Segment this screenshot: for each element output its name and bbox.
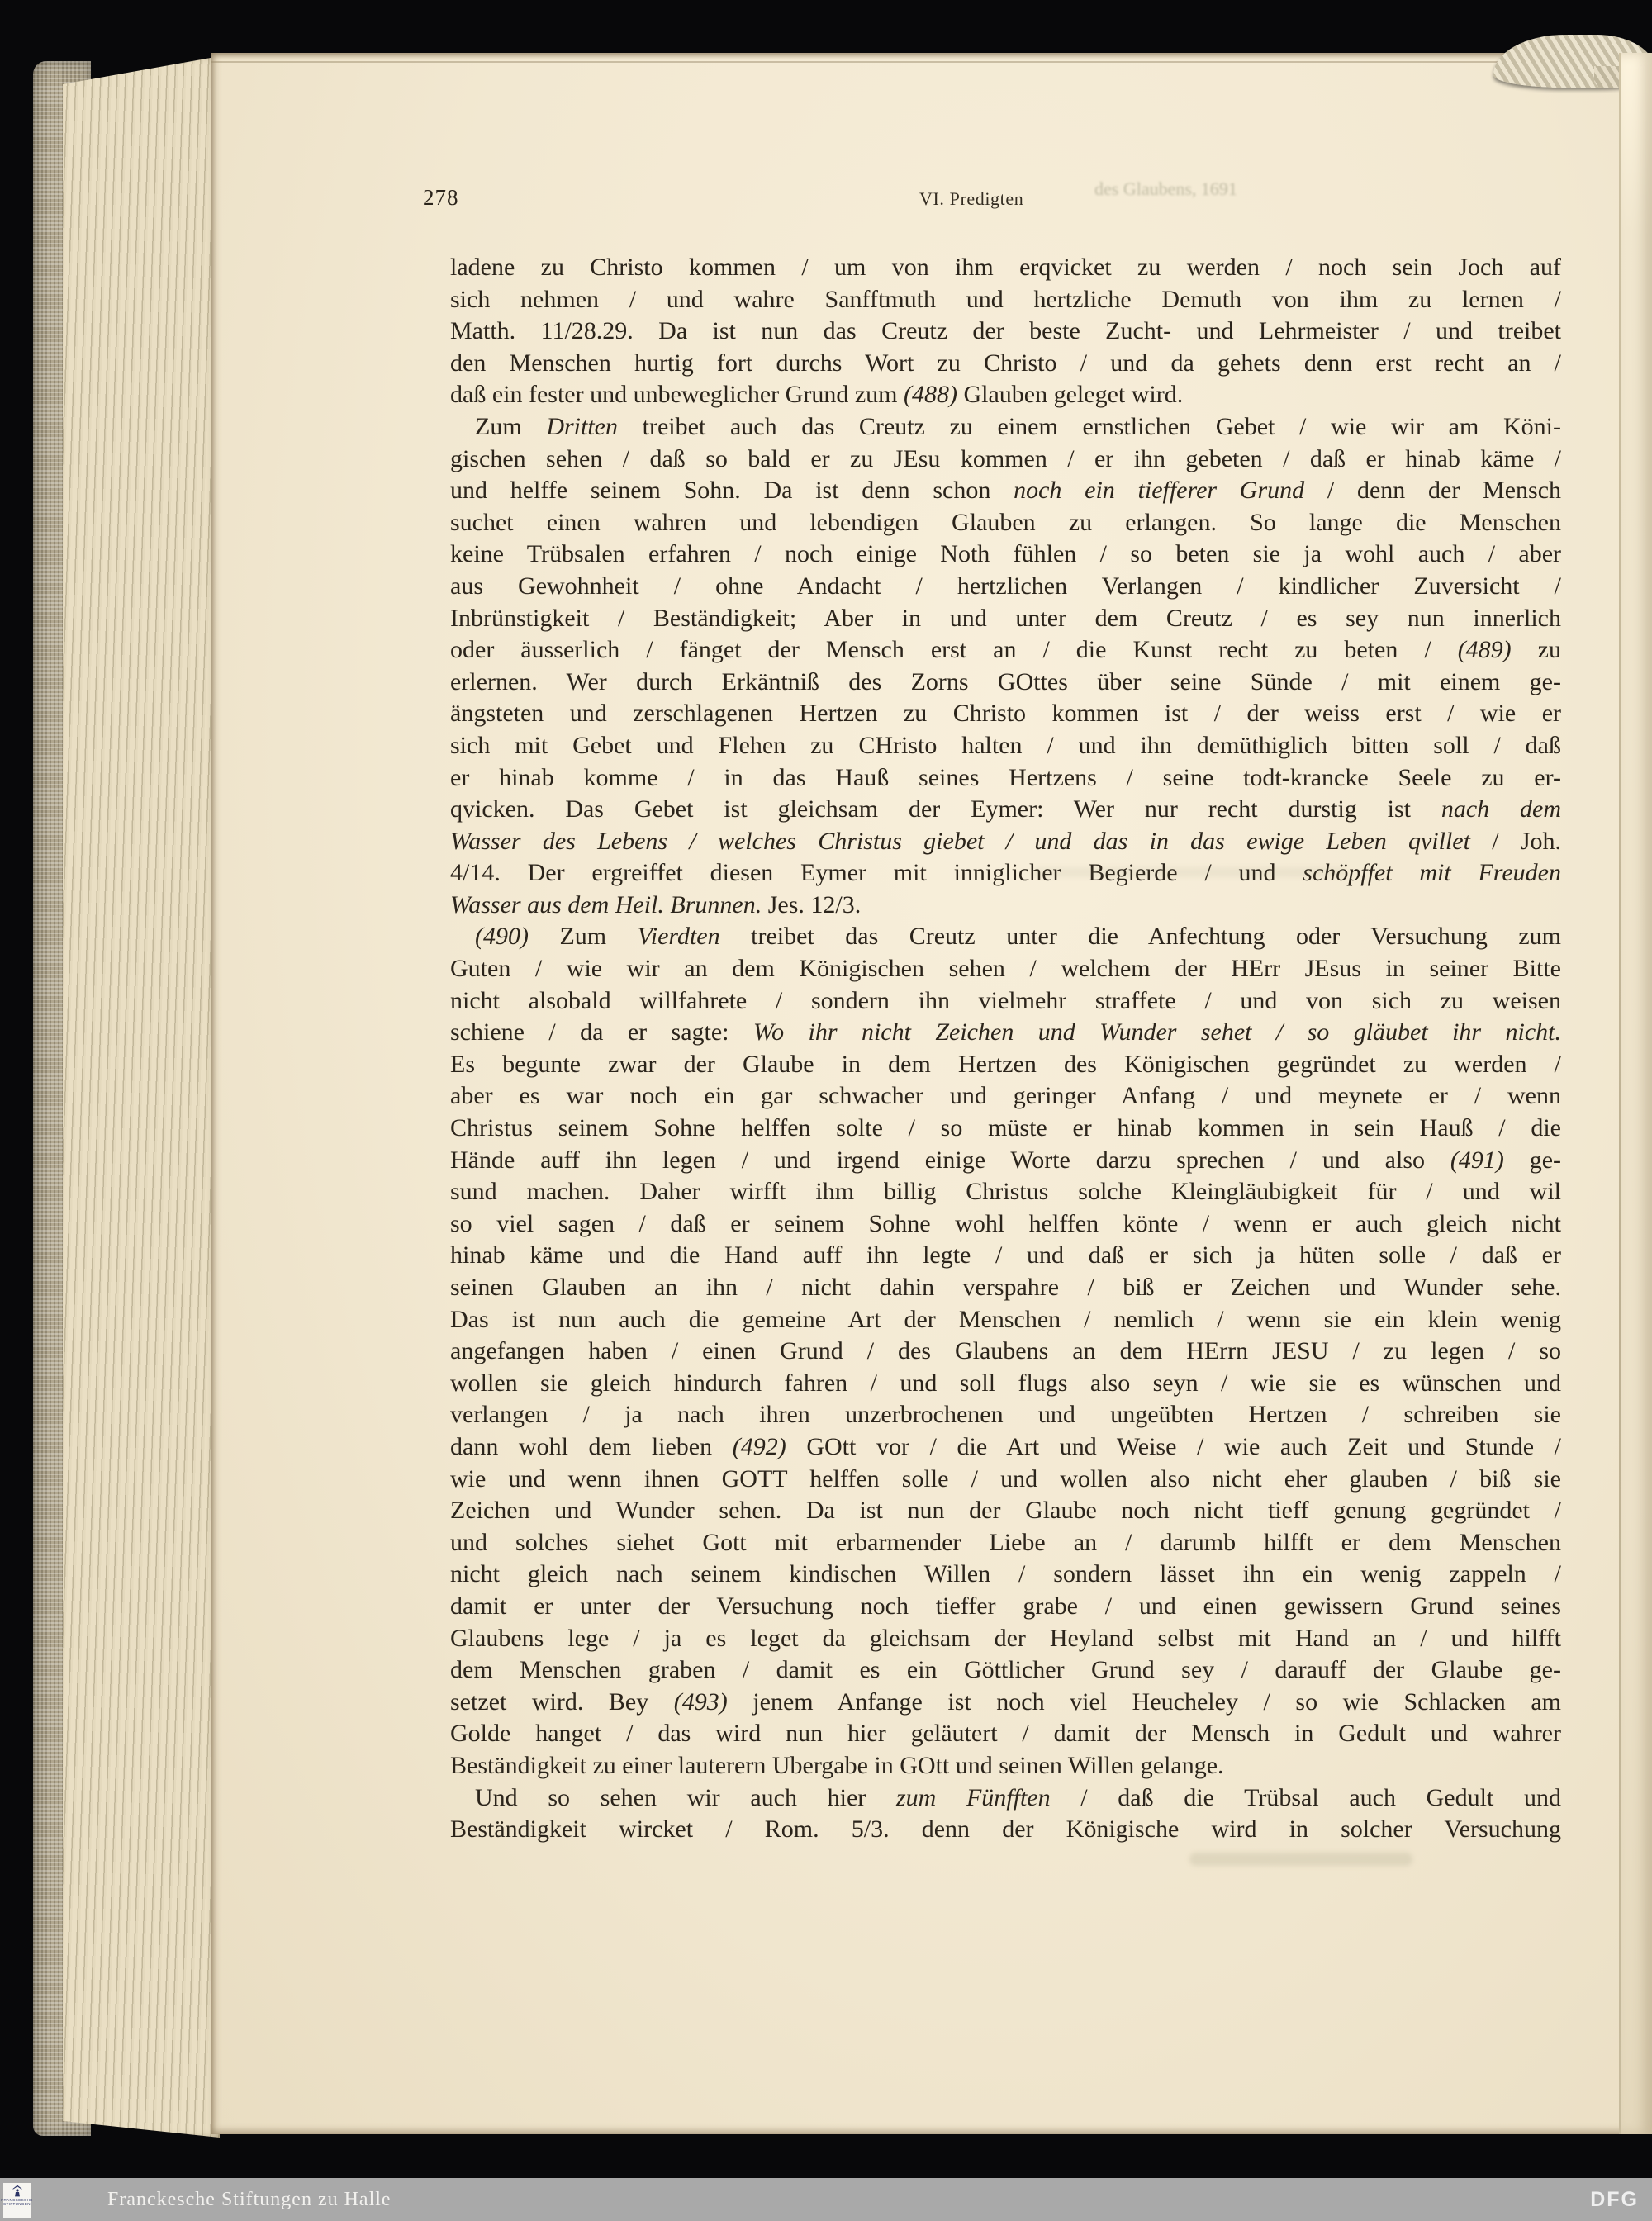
text-segment: hinab käme und die Hand auff ihn legte /… (450, 1241, 1561, 1269)
text-line: er hinab komme / in das Hauß seines Hert… (450, 762, 1561, 795)
text-line: setzet wird. Bey (493) jenem Anfange ist… (450, 1687, 1561, 1719)
text-line: Zeichen und Wunder sehen. Da ist nun der… (450, 1495, 1561, 1527)
text-segment-italic: Wasser des Lebens / welches Christus gie… (450, 828, 1470, 855)
text-line: Inbrünstigkeit / Beständigkeit; Aber in … (450, 603, 1561, 635)
text-segment: keine Trübsalen erfahren / noch einige N… (450, 540, 1561, 567)
text-segment-italic: (488) (904, 381, 957, 408)
page-number: 278 (423, 185, 459, 211)
text-segment: Guten / wie wir an dem Königischen sehen… (450, 955, 1561, 982)
text-segment: Beständigkeit wircket / Rom. 5/3. denn d… (450, 1815, 1561, 1843)
text-line: daß ein fester und unbeweglicher Grund z… (450, 379, 1561, 411)
text-segment: jenem Anfange ist noch viel Heucheley / … (728, 1688, 1561, 1716)
text-line: den Menschen hurtig fort durchs Wort zu … (450, 348, 1561, 380)
text-segment: Zum (529, 923, 638, 950)
text-segment-italic: Wo ihr nicht Zeichen und Wunder sehet / … (753, 1018, 1561, 1046)
text-segment: ängsteten und zerschlagenen Hertzen zu C… (450, 700, 1561, 727)
text-segment: und solches siehet Gott mit erbarmender … (450, 1529, 1561, 1556)
text-line: Es begunte zwar der Glaube in dem Hertze… (450, 1049, 1561, 1081)
text-line: dann wohl dem lieben (492) GOtt vor / di… (450, 1431, 1561, 1464)
text-segment: Beständigkeit zu einer lauterern Ubergab… (450, 1752, 1224, 1779)
text-segment: und helffe seinem Sohn. Da ist denn scho… (450, 477, 1014, 504)
text-line: nicht gleich nach seinem kindischen Will… (450, 1559, 1561, 1591)
text-line: aus Gewohnheit / ohne Andacht / hertzlic… (450, 571, 1561, 603)
text-line: hinab käme und die Hand auff ihn legte /… (450, 1240, 1561, 1272)
text-line: Wasser aus dem Heil. Brunnen. Jes. 12/3. (450, 890, 1561, 922)
show-through-ghost-text: des Glaubens, 1691 (1094, 178, 1237, 200)
text-segment: verlangen / ja nach ihren unzerbrochenen… (450, 1401, 1561, 1428)
dfg-logo: DFG (1590, 2178, 1639, 2221)
text-line: verlangen / ja nach ihren unzerbrochenen… (450, 1399, 1561, 1431)
text-line: Das ist nun auch die gemeine Art der Men… (450, 1304, 1561, 1336)
text-line: Golde hanget / das wird nun hier geläute… (450, 1718, 1561, 1750)
text-line: Matth. 11/28.29. Da ist nun das Creutz d… (450, 316, 1561, 348)
text-segment: suchet einen wahren und lebendigen Glaub… (450, 509, 1561, 536)
text-line: Christus seinem Sohne helffen solte / so… (450, 1113, 1561, 1145)
text-line: und solches siehet Gott mit erbarmender … (450, 1527, 1561, 1559)
text-segment: erlernen. Wer durch Erkäntniß des Zorns … (450, 668, 1561, 695)
text-segment: nicht gleich nach seinem kindischen Will… (450, 1560, 1561, 1587)
text-segment: wie und wenn ihnen GOTT helffen solle / … (450, 1465, 1561, 1493)
text-line: ängsteten und zerschlagenen Hertzen zu C… (450, 698, 1561, 730)
text-line: oder äusserlich / fänget der Mensch erst… (450, 634, 1561, 667)
text-segment: Hände auff ihn legen / und irgend einige… (450, 1146, 1450, 1174)
text-segment: Zeichen und Wunder sehen. Da ist nun der… (450, 1497, 1561, 1524)
text-segment: Golde hanget / das wird nun hier geläute… (450, 1720, 1561, 1747)
text-line: 4/14. Der ergreiffet diesen Eymer mit in… (450, 857, 1561, 890)
text-line: ladene zu Christo kommen / um von ihm er… (450, 252, 1561, 284)
text-segment-italic: (492) (733, 1433, 786, 1460)
text-segment: den Menschen hurtig fort durchs Wort zu … (450, 349, 1561, 377)
scan-background: { "scan": { "page_number": "278", "runni… (0, 0, 1652, 2221)
text-line: dem Menschen graben / damit es ein Göttl… (450, 1654, 1561, 1687)
text-line: angefangen haben / einen Grund / des Gla… (450, 1336, 1561, 1368)
text-line: Wasser des Lebens / welches Christus gie… (450, 826, 1561, 858)
text-segment: damit er unter der Versuchung noch tieff… (450, 1592, 1561, 1620)
text-segment: treibet auch das Creutz zu einem ernstli… (618, 413, 1561, 440)
page-gutter (1621, 53, 1652, 2134)
text-segment-italic: (491) (1450, 1146, 1504, 1174)
text-line: so viel sagen / daß er seinem Sohne wohl… (450, 1208, 1561, 1241)
text-line: Zum Dritten treibet auch das Creutz zu e… (450, 411, 1561, 444)
text-segment-italic: (490) (475, 923, 529, 950)
text-line: erlernen. Wer durch Erkäntniß des Zorns … (450, 667, 1561, 699)
text-segment: dann wohl dem lieben (450, 1433, 733, 1460)
text-line: Beständigkeit zu einer lauterern Ubergab… (450, 1750, 1561, 1782)
text-line: sich nehmen / und wahre Sanfftmuth und h… (450, 284, 1561, 316)
text-segment: Glauben geleget wird. (957, 381, 1183, 408)
text-segment: Jes. 12/3. (762, 891, 861, 918)
text-segment-italic: Dritten (546, 413, 618, 440)
show-through-smudge (1189, 1853, 1412, 1866)
text-segment: angefangen haben / einen Grund / des Gla… (450, 1337, 1561, 1364)
text-line: Hände auff ihn legen / und irgend einige… (450, 1145, 1561, 1177)
text-segment: wollen sie gleich hindurch fahren / und … (450, 1369, 1561, 1397)
text-line: Guten / wie wir an dem Königischen sehen… (450, 953, 1561, 985)
text-segment: oder äusserlich / fänget der Mensch erst… (450, 636, 1458, 663)
text-segment: / Joh. (1470, 828, 1561, 855)
text-line: aber es war noch ein gar schwacher und g… (450, 1080, 1561, 1113)
text-line: Glaubens lege / ja es leget da gleichsam… (450, 1623, 1561, 1655)
francke-statue-icon (12, 2185, 23, 2198)
text-segment: / denn der Mensch (1304, 477, 1561, 504)
text-line: Und so sehen wir auch hier zum Fünfften … (450, 1782, 1561, 1815)
text-segment: Und so sehen wir auch hier (475, 1784, 896, 1811)
text-segment-italic: nach dem (1441, 795, 1561, 823)
text-segment-italic: Vierdten (638, 923, 720, 950)
text-segment: Matth. 11/28.29. Da ist nun das Creutz d… (450, 317, 1561, 344)
text-segment: seinen Glauben an ihn / nicht dahin vers… (450, 1274, 1561, 1301)
text-segment: sich mit Gebet und Flehen zu CHristo hal… (450, 732, 1561, 759)
text-segment: zu (1512, 636, 1561, 663)
page-text: ladene zu Christo kommen / um von ihm er… (450, 252, 1561, 1846)
text-line: suchet einen wahren und lebendigen Glaub… (450, 507, 1561, 539)
text-line: Beständigkeit wircket / Rom. 5/3. denn d… (450, 1814, 1561, 1846)
text-line: wie und wenn ihnen GOTT helffen solle / … (450, 1464, 1561, 1496)
text-line: gischen sehen / daß so bald er zu JEsu k… (450, 444, 1561, 476)
text-segment-italic: (493) (674, 1688, 728, 1716)
footer-institution-label: Franckesche Stiftungen zu Halle (107, 2178, 392, 2221)
text-segment: qvicken. Das Gebet ist gleichsam der Eym… (450, 795, 1441, 823)
text-line: qvicken. Das Gebet ist gleichsam der Eym… (450, 794, 1561, 826)
show-through-smudge (1032, 867, 1346, 877)
text-line: und helffe seinem Sohn. Da ist denn scho… (450, 475, 1561, 507)
text-segment: nicht alsobald willfahrete / sondern ihn… (450, 987, 1561, 1014)
text-segment: aber es war noch ein gar schwacher und g… (450, 1082, 1561, 1109)
text-segment: gischen sehen / daß so bald er zu JEsu k… (450, 445, 1561, 472)
text-line: keine Trübsalen erfahren / noch einige N… (450, 539, 1561, 571)
text-line: nicht alsobald willfahrete / sondern ihn… (450, 985, 1561, 1018)
text-segment: daß ein fester und unbeweglicher Grund z… (450, 381, 904, 408)
text-segment: sich nehmen / und wahre Sanfftmuth und h… (450, 286, 1561, 313)
franckesche-stiftungen-logo: FRANCKESCHE STIFTUNGEN (3, 2183, 31, 2218)
text-segment: Zum (475, 413, 546, 440)
text-segment: / daß die Trübsal auch Gedult und (1051, 1784, 1561, 1811)
page-gutter-crease (1619, 53, 1621, 2134)
text-segment: dem Menschen graben / damit es ein Göttl… (450, 1656, 1561, 1683)
running-header: VI. Predigten (919, 188, 1023, 210)
page-under-edge-line (211, 61, 1583, 63)
text-segment-italic: (489) (1458, 636, 1512, 663)
text-segment: Glaubens lege / ja es leget da gleichsam… (450, 1625, 1561, 1652)
text-segment-italic: noch ein tiefferer Grund (1014, 477, 1304, 504)
text-segment: ge- (1504, 1146, 1561, 1174)
logo-text-line2: STIFTUNGEN (3, 2202, 31, 2206)
text-segment: GOtt vor / die Art und Weise / wie auch … (786, 1433, 1561, 1460)
text-line: (490) Zum Vierdten treibet das Creutz un… (450, 921, 1561, 953)
text-segment: aus Gewohnheit / ohne Andacht / hertzlic… (450, 572, 1561, 600)
text-segment: schiene / da er sagte: (450, 1018, 753, 1046)
text-segment: so viel sagen / daß er seinem Sohne wohl… (450, 1210, 1561, 1237)
text-line: damit er unter der Versuchung noch tieff… (450, 1591, 1561, 1623)
text-line: wollen sie gleich hindurch fahren / und … (450, 1368, 1561, 1400)
book-page-edges (63, 56, 220, 2138)
text-segment: Christus seinem Sohne helffen solte / so… (450, 1114, 1561, 1141)
text-line: schiene / da er sagte: Wo ihr nicht Zeic… (450, 1017, 1561, 1049)
text-segment-italic: zum Fünfften (896, 1784, 1051, 1811)
text-segment: Das ist nun auch die gemeine Art der Men… (450, 1306, 1561, 1333)
text-segment-italic: Wasser aus dem Heil. Brunnen. (450, 891, 762, 918)
text-segment: sund machen. Daher wirfft ihm billig Chr… (450, 1178, 1561, 1205)
text-line: seinen Glauben an ihn / nicht dahin vers… (450, 1272, 1561, 1304)
text-segment: Inbrünstigkeit / Beständigkeit; Aber in … (450, 605, 1561, 632)
text-line: sich mit Gebet und Flehen zu CHristo hal… (450, 730, 1561, 762)
text-segment: ladene zu Christo kommen / um von ihm er… (450, 254, 1561, 281)
text-segment: Es begunte zwar der Glaube in dem Hertze… (450, 1051, 1561, 1078)
text-segment: er hinab komme / in das Hauß seines Hert… (450, 764, 1561, 791)
text-line: sund machen. Daher wirfft ihm billig Chr… (450, 1176, 1561, 1208)
text-segment: treibet das Creutz unter die Anfechtung … (720, 923, 1561, 950)
text-segment: setzet wird. Bey (450, 1688, 674, 1716)
